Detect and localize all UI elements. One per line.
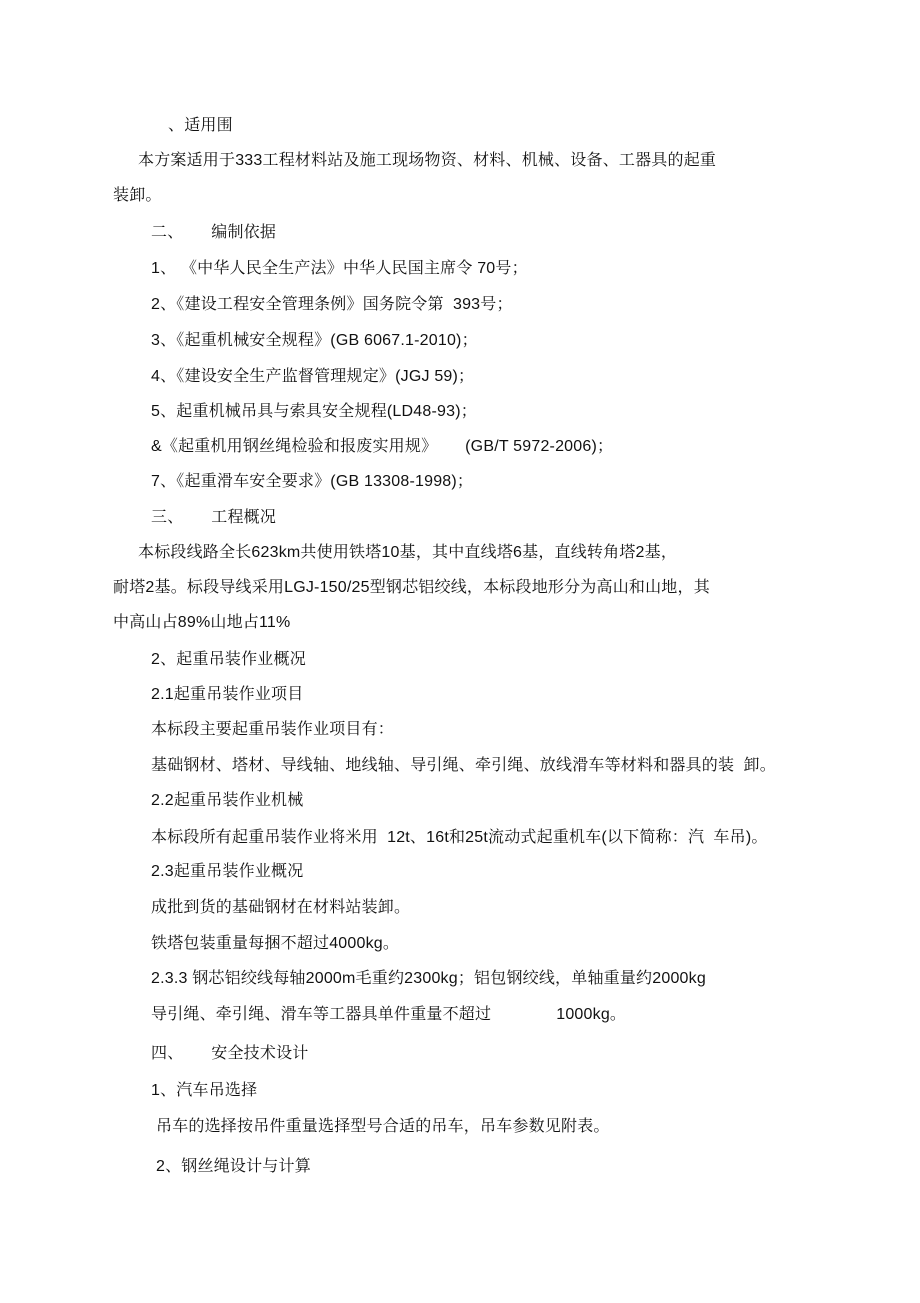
overview-heading: 三、 工程概况 bbox=[151, 508, 276, 528]
scope-body-line-2: 装卸。 bbox=[113, 186, 162, 206]
safety-heading: 四、 安全技术设计 bbox=[151, 1044, 308, 1064]
basis-item-3: 3、《起重机械安全规程》(GB 6067.1-2010)； bbox=[151, 331, 478, 351]
scope-body-line-1: 本方案适用于333工程材料站及施工现场物资、材料、机械、设备、工器具的起重 bbox=[138, 151, 716, 171]
lifting-overview-heading: 2、起重吊装作业概况 bbox=[151, 650, 306, 670]
overview-body-line-2: 耐塔2基。标段导线采用LGJ-150/25型钢芯铝绞线，本标段地形分为高山和山地… bbox=[113, 578, 710, 598]
scope-heading: 、适用围 bbox=[168, 116, 233, 136]
basis-item-6: &《起重机用钢丝绳检验和报废实用规》 (GB/T 5972-2006)； bbox=[151, 437, 613, 457]
lifting-items-list: 基础钢材、塔材、导线轴、地线轴、导引绳、牵引绳、放线滑车等材料和器具的装 卸。 bbox=[151, 756, 776, 776]
lifting-conditions-body-3: 导引绳、牵引绳、滑车等工器具单件重量不超过 1000kg。 bbox=[151, 1005, 626, 1025]
overview-body-line-3: 中高山占89%山地占11% bbox=[113, 613, 290, 633]
basis-item-1: 1、 《中华人民全生产法》中华人民国主席令 70号； bbox=[151, 259, 528, 279]
lifting-items-heading: 2.1起重吊装作业项目 bbox=[151, 685, 303, 705]
crane-selection-body: 吊车的选择按吊件重量选择型号合适的吊车，吊车参数见附表。 bbox=[156, 1117, 610, 1137]
lifting-machinery-heading: 2.2起重吊装作业机械 bbox=[151, 791, 303, 811]
lifting-items-intro: 本标段主要起重吊装作业项目有： bbox=[151, 720, 394, 740]
wire-rope-heading: 2、钢丝绳设计与计算 bbox=[156, 1157, 311, 1177]
lifting-conditions-heading: 2.3起重吊装作业概况 bbox=[151, 862, 303, 882]
basis-heading: 二、 编制依据 bbox=[151, 223, 276, 243]
basis-item-5: 5、起重机械吊具与索具安全规程(LD48-93)； bbox=[151, 402, 477, 422]
overview-body-line-1: 本标段线路全长623km共使用铁塔10基，其中直线塔6基，直线转角塔2基， bbox=[138, 543, 677, 563]
basis-item-4: 4、《建设安全生产监督管理规定》(JGJ 59)； bbox=[151, 367, 474, 387]
lifting-conditions-2-3-3: 2.3.3 钢芯铝绞线每轴2000m毛重约2300kg；铝包钢绞线，单轴重量约2… bbox=[151, 969, 706, 989]
crane-selection-heading: 1、汽车吊选择 bbox=[151, 1081, 257, 1101]
basis-item-2: 2、《建设工程安全管理条例》国务院令第 393号； bbox=[151, 295, 513, 315]
basis-item-7: 7、《起重滑车安全要求》(GB 13308-1998)； bbox=[151, 472, 473, 492]
lifting-conditions-body-2: 铁塔包装重量每捆不超过4000kg。 bbox=[151, 934, 399, 954]
document-page: 、适用围 本方案适用于333工程材料站及施工现场物资、材料、机械、设备、工器具的… bbox=[0, 0, 920, 1303]
lifting-conditions-body-1: 成批到货的基础钢材在材料站装卸。 bbox=[151, 898, 410, 918]
lifting-machinery-body: 本标段所有起重吊装作业将米用 12t、16t和25t流动式起重机车(以下简称：汽… bbox=[151, 828, 768, 848]
